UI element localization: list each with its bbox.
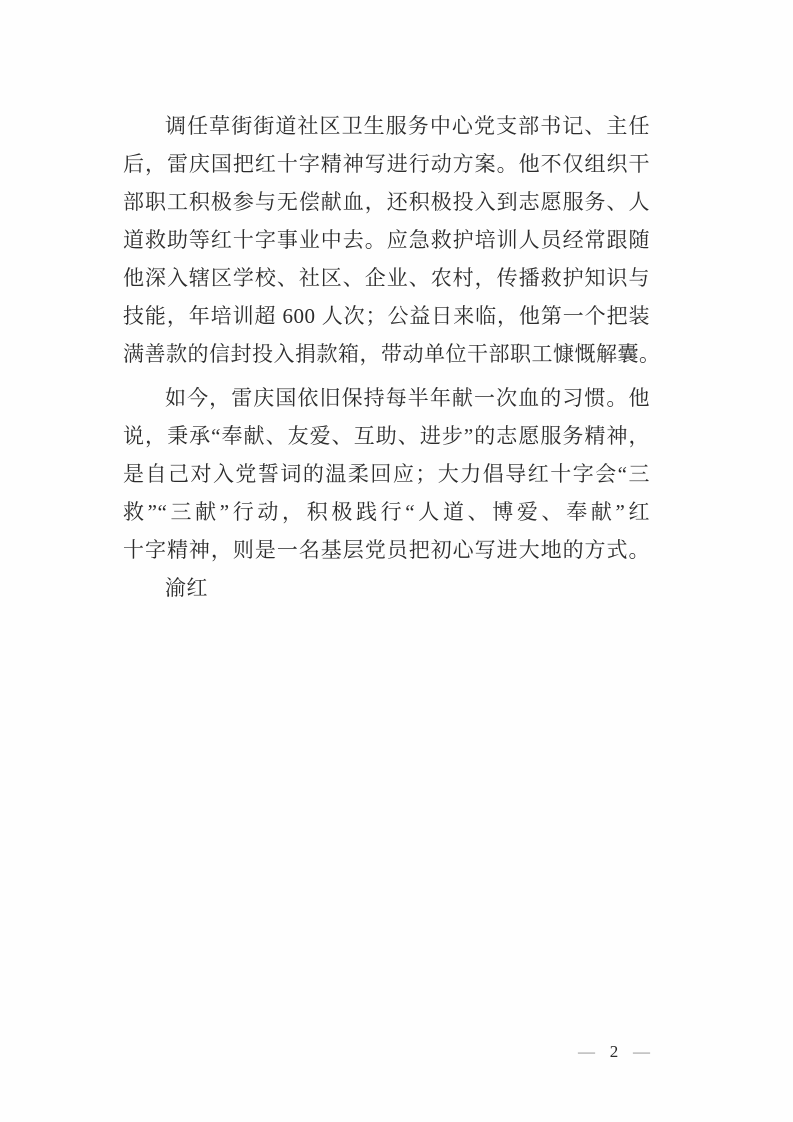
text-line: 调任草街街道社区卫生服务中心党支部书记、主任 [123,107,650,145]
footer-left-dash: — [578,1042,595,1062]
text-line: 救”“三献”行动，积极践行“人道、博爱、奉献”红 [123,493,650,531]
text-line: 说，秉承“奉献、友爱、互助、进步”的志愿服务精神， [123,417,650,455]
footer-page-number: 2 [610,1042,619,1062]
footer-right-dash: — [633,1042,650,1062]
signature-line: 渝红 [123,569,650,607]
page-number: — 2 — [578,1042,650,1062]
signature-paragraph: 渝红 [123,569,650,607]
text-line: 技能，年培训超 600 人次；公益日来临，他第一个把装 [123,297,650,335]
text-line: 他深入辖区学校、社区、企业、农村，传播救护知识与 [123,259,650,297]
text-line: 如今，雷庆国依旧保持每半年献一次血的习惯。他 [123,379,650,417]
document-page: 调任草街街道社区卫生服务中心党支部书记、主任 后，雷庆国把红十字精神写进行动方案… [0,0,793,1122]
text-line: 部职工积极参与无偿献血，还积极投入到志愿服务、人 [123,183,650,221]
text-line: 后，雷庆国把红十字精神写进行动方案。他不仅组织干 [123,145,650,183]
text-line: 满善款的信封投入捐款箱，带动单位干部职工慷慨解囊。 [123,335,650,373]
paragraph-2: 如今，雷庆国依旧保持每半年献一次血的习惯。他 说，秉承“奉献、友爱、互助、进步”… [123,379,650,569]
text-line: 十字精神，则是一名基层党员把初心写进大地的方式。 [123,531,650,569]
document-body: 调任草街街道社区卫生服务中心党支部书记、主任 后，雷庆国把红十字精神写进行动方案… [123,107,650,607]
text-line: 是自己对入党誓词的温柔回应；大力倡导红十字会“三 [123,455,650,493]
text-line: 道救助等红十字事业中去。应急救护培训人员经常跟随 [123,221,650,259]
paragraph-1: 调任草街街道社区卫生服务中心党支部书记、主任 后，雷庆国把红十字精神写进行动方案… [123,107,650,373]
